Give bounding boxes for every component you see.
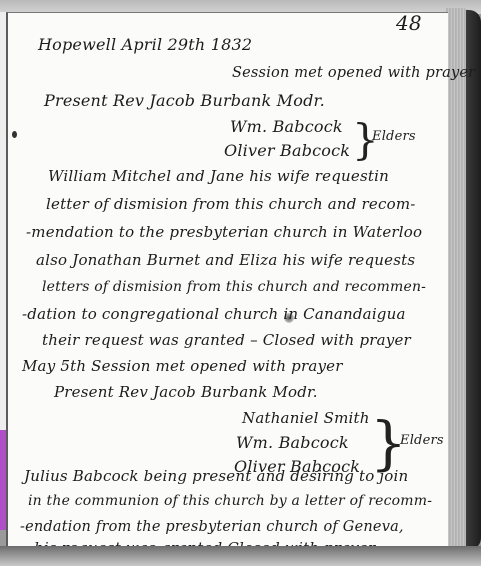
ledger-page: 48 Hopewell April 29th 1832 Session met … <box>6 12 448 551</box>
entry-2-opening: May 5th Session met opened with prayer <box>22 357 343 375</box>
entry-2-elder-2: Wm. Babcock <box>236 433 349 452</box>
entry-2-line-1: Julius Babcock being present and desirin… <box>24 467 408 485</box>
entry-2-line-2: in the communion of this church by a let… <box>28 493 432 509</box>
entry-2-line-3: -endation from the presbyterian church o… <box>20 519 404 535</box>
entry-1-line-2: letter of dismision from this church and… <box>46 195 416 213</box>
page-number: 48 <box>396 11 422 35</box>
entry-1-elder-2: Oliver Babcock <box>224 141 350 160</box>
entry-2-present: Present Rev Jacob Burbank Modr. <box>54 383 318 401</box>
binding-hole <box>12 131 17 138</box>
entry-1-opening: Session met opened with prayer <box>232 65 475 81</box>
entry-2-elder-1: Nathaniel Smith <box>242 409 370 427</box>
entry-1-line-5: letters of dismision from this church an… <box>42 279 426 295</box>
entry-1-line-4: also Jonathan Burnet and Eliza his wife … <box>36 251 415 269</box>
scan-bottom-shadow <box>0 546 481 566</box>
entry-1-place-date: Hopewell April 29th 1832 <box>38 35 252 54</box>
entry-1-line-7: their request was granted – Closed with … <box>42 331 411 349</box>
entry-1-elder-1: Wm. Babcock <box>230 117 343 136</box>
book-cover <box>466 10 481 550</box>
entry-1-present: Present Rev Jacob Burbank Modr. <box>44 91 325 110</box>
entry-1-line-1: William Mitchel and Jane his wife reques… <box>48 167 389 185</box>
entry-1-line-6: -dation to congregational church in Cana… <box>22 305 406 323</box>
entry-2-elders-label: Elders <box>400 433 444 448</box>
entry-1-elders-label: Elders <box>372 129 416 144</box>
entry-1-line-3: -mendation to the presbyterian church in… <box>26 223 422 241</box>
